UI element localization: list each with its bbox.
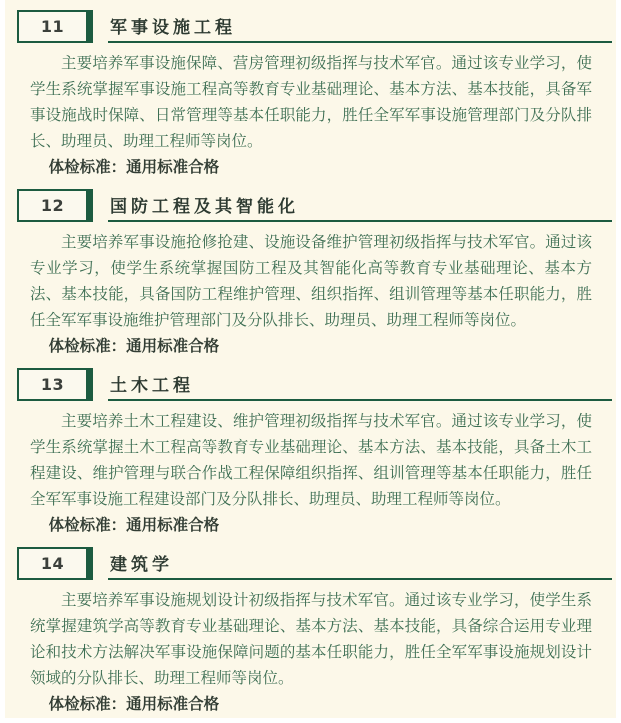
major-number: 14 (41, 554, 64, 573)
exam-standard-value: 通用标准合格 (126, 516, 219, 534)
section-header: 12 国防工程及其智能化 (17, 189, 612, 222)
major-title: 土木工程 (108, 371, 194, 396)
major-section: 14 建筑学 主要培养军事设施规划设计初级指挥与技术军官。通过该专业学习，使学生… (17, 547, 612, 717)
major-number-box: 11 (17, 10, 93, 43)
major-section: 13 土木工程 主要培养土木工程建设、维护管理初级指挥与技术军官。通过该专业学习… (17, 368, 612, 538)
section-header: 13 土木工程 (17, 368, 612, 401)
exam-standard-line: 体检标准：通用标准合格 (30, 691, 592, 717)
major-description: 主要培养土木工程建设、维护管理初级指挥与技术军官。通过该专业学习，使学生系统掌握… (30, 408, 592, 512)
exam-standard-label: 体检标准： (49, 695, 127, 713)
exam-standard-label: 体检标准： (49, 516, 127, 534)
major-list: 11 军事设施工程 主要培养军事设施保障、营房管理初级指挥与技术军官。通过该专业… (17, 10, 612, 717)
title-underline: 建筑学 (108, 547, 612, 580)
major-description: 主要培养军事设施规划设计初级指挥与技术军官。通过该专业学习，使学生系统掌握建筑学… (30, 587, 592, 691)
exam-standard-value: 通用标准合格 (126, 695, 219, 713)
major-title: 军事设施工程 (108, 13, 236, 38)
exam-standard-line: 体检标准：通用标准合格 (30, 154, 592, 180)
major-number: 11 (41, 17, 64, 36)
section-header: 14 建筑学 (17, 547, 612, 580)
major-number: 13 (41, 375, 64, 394)
major-number-box: 14 (17, 547, 93, 580)
exam-standard-value: 通用标准合格 (126, 158, 219, 176)
major-description: 主要培养军事设施保障、营房管理初级指挥与技术军官。通过该专业学习，使学生系统掌握… (30, 50, 592, 154)
title-underline: 军事设施工程 (108, 10, 612, 43)
exam-standard-line: 体检标准：通用标准合格 (30, 512, 592, 538)
title-underline: 国防工程及其智能化 (108, 189, 612, 222)
major-number-box: 12 (17, 189, 93, 222)
major-section: 11 军事设施工程 主要培养军事设施保障、营房管理初级指挥与技术军官。通过该专业… (17, 10, 612, 180)
major-number-box: 13 (17, 368, 93, 401)
major-number: 12 (41, 196, 64, 215)
exam-standard-value: 通用标准合格 (126, 337, 219, 355)
major-section: 12 国防工程及其智能化 主要培养军事设施抢修抢建、设施设备维护管理初级指挥与技… (17, 189, 612, 359)
title-underline: 土木工程 (108, 368, 612, 401)
major-description: 主要培养军事设施抢修抢建、设施设备维护管理初级指挥与技术军官。通过该专业学习，使… (30, 229, 592, 333)
section-header: 11 军事设施工程 (17, 10, 612, 43)
exam-standard-line: 体检标准：通用标准合格 (30, 333, 592, 359)
major-title: 建筑学 (108, 550, 173, 575)
exam-standard-label: 体检标准： (49, 158, 127, 176)
exam-standard-label: 体检标准： (49, 337, 127, 355)
major-title: 国防工程及其智能化 (108, 192, 299, 217)
document-page: 11 军事设施工程 主要培养军事设施保障、营房管理初级指挥与技术军官。通过该专业… (5, 0, 616, 718)
